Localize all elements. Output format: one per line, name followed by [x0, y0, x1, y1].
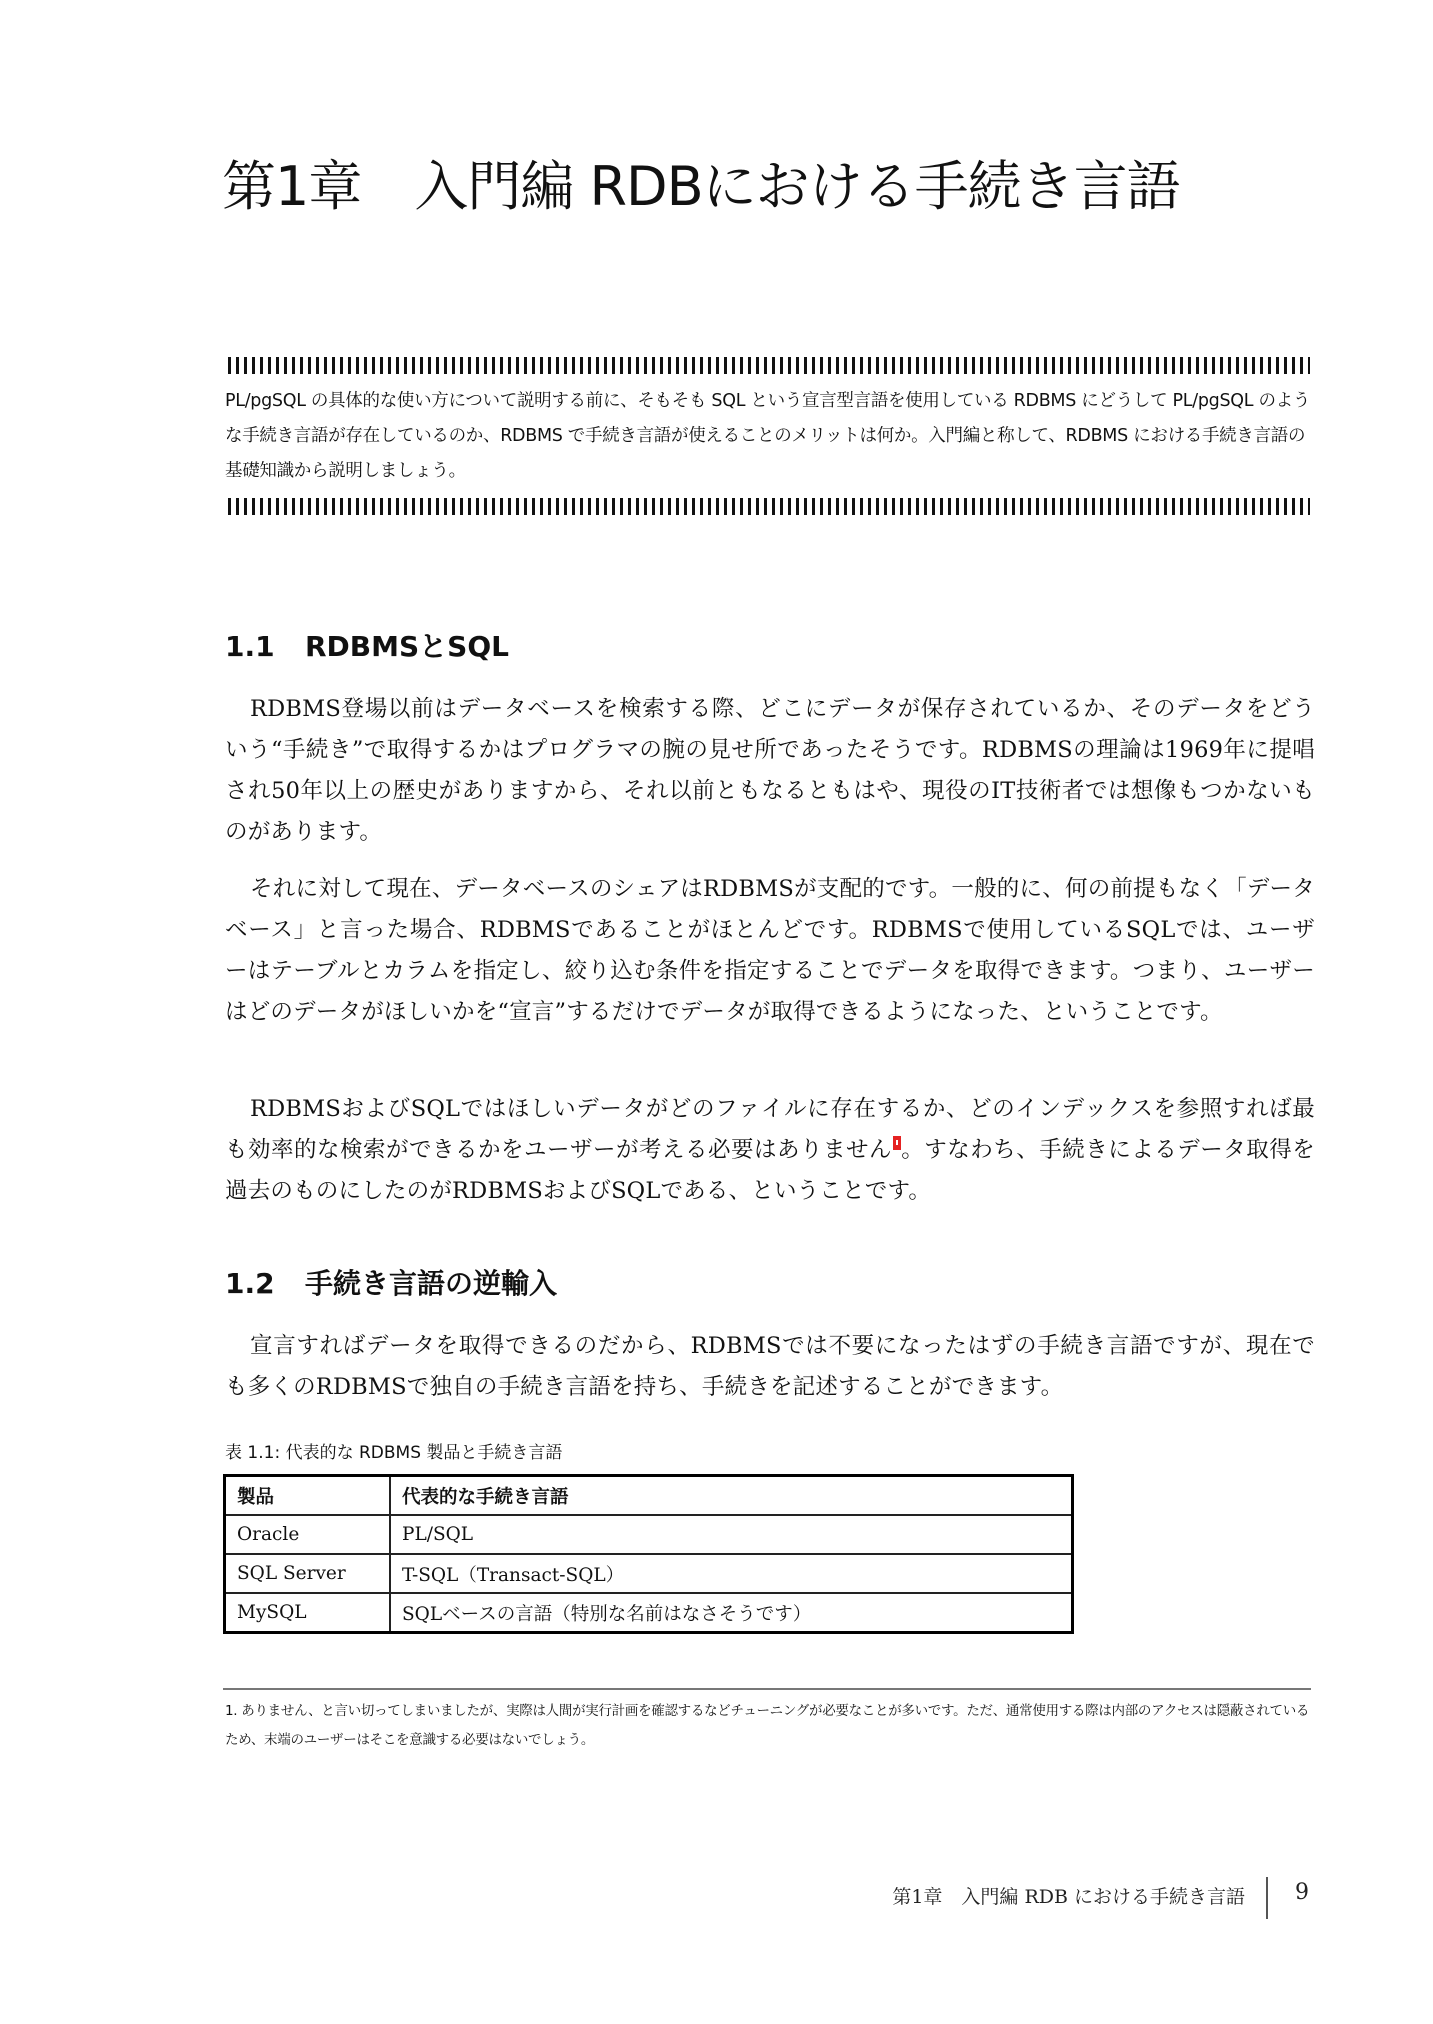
footnote-reference-marker[interactable]	[893, 1136, 901, 1150]
chapter-lead-text: PL/pgSQL の具体的な使い方について説明する前に、そもそも SQL という…	[225, 384, 1315, 489]
footnote-1: 1. ありません、と言い切ってしまいましたが、実際は人間が実行計画を確認するなど…	[225, 1697, 1315, 1755]
column-header-language: 代表的な手続き言語	[390, 1476, 1073, 1516]
body-paragraph: 宣言すればデータを取得できるのだから、RDBMSでは不要になったはずの手続き言語…	[225, 1326, 1315, 1408]
section-number: 1.1	[225, 630, 305, 663]
body-paragraph: RDBMS登場以前はデータベースを検索する際、どこにデータが保存されているか、そ…	[225, 689, 1315, 853]
body-paragraph: それに対して現在、データベースのシェアはRDBMSが支配的です。一般的に、何の前…	[225, 869, 1315, 1033]
document-page: 第1章 入門編 RDBにおける手続き言語 PL/pgSQL の具体的な使い方につ…	[0, 0, 1433, 2024]
running-footer: 第1章 入門編 RDB における手続き言語 9	[0, 1880, 1433, 1920]
lead-top-stripe-divider	[228, 357, 1310, 374]
section-title: 手続き言語の逆輸入	[305, 1267, 557, 1300]
section-heading-1-2: 1.2手続き言語の逆輸入	[225, 1262, 557, 1302]
rdbms-procedural-language-table: 製品 代表的な手続き言語 Oracle PL/SQL SQL Server T-…	[223, 1474, 1074, 1634]
section-heading-1-1: 1.1RDBMSとSQL	[225, 625, 509, 665]
body-paragraph-with-footnote: RDBMSおよびSQLではほしいデータがどのファイルに存在するか、どのインデック…	[225, 1089, 1315, 1212]
table-row: Oracle PL/SQL	[225, 1515, 1073, 1554]
table-caption: 表 1.1: 代表的な RDBMS 製品と手続き言語	[225, 1438, 562, 1463]
cell-product: MySQL	[225, 1593, 391, 1633]
footer-divider	[1266, 1877, 1268, 1919]
cell-product: Oracle	[225, 1515, 391, 1554]
cell-language: T-SQL（Transact-SQL）	[390, 1554, 1073, 1593]
cell-language: SQLベースの言語（特別な名前はなさそうです）	[390, 1593, 1073, 1633]
cell-language: PL/SQL	[390, 1515, 1073, 1554]
lead-bottom-stripe-divider	[228, 498, 1310, 515]
section-title: RDBMSとSQL	[305, 630, 509, 663]
table-header-row: 製品 代表的な手続き言語	[225, 1476, 1073, 1516]
table-row: SQL Server T-SQL（Transact-SQL）	[225, 1554, 1073, 1593]
footnote-separator-rule	[223, 1688, 1311, 1690]
cell-product: SQL Server	[225, 1554, 391, 1593]
page-number: 9	[1295, 1880, 1309, 1905]
column-header-product: 製品	[225, 1476, 391, 1516]
section-number: 1.2	[225, 1267, 305, 1300]
chapter-title: 第1章 入門編 RDBにおける手続き言語	[222, 144, 1180, 221]
running-footer-title: 第1章 入門編 RDB における手続き言語	[892, 1882, 1245, 1909]
table-row: MySQL SQLベースの言語（特別な名前はなさそうです）	[225, 1593, 1073, 1633]
